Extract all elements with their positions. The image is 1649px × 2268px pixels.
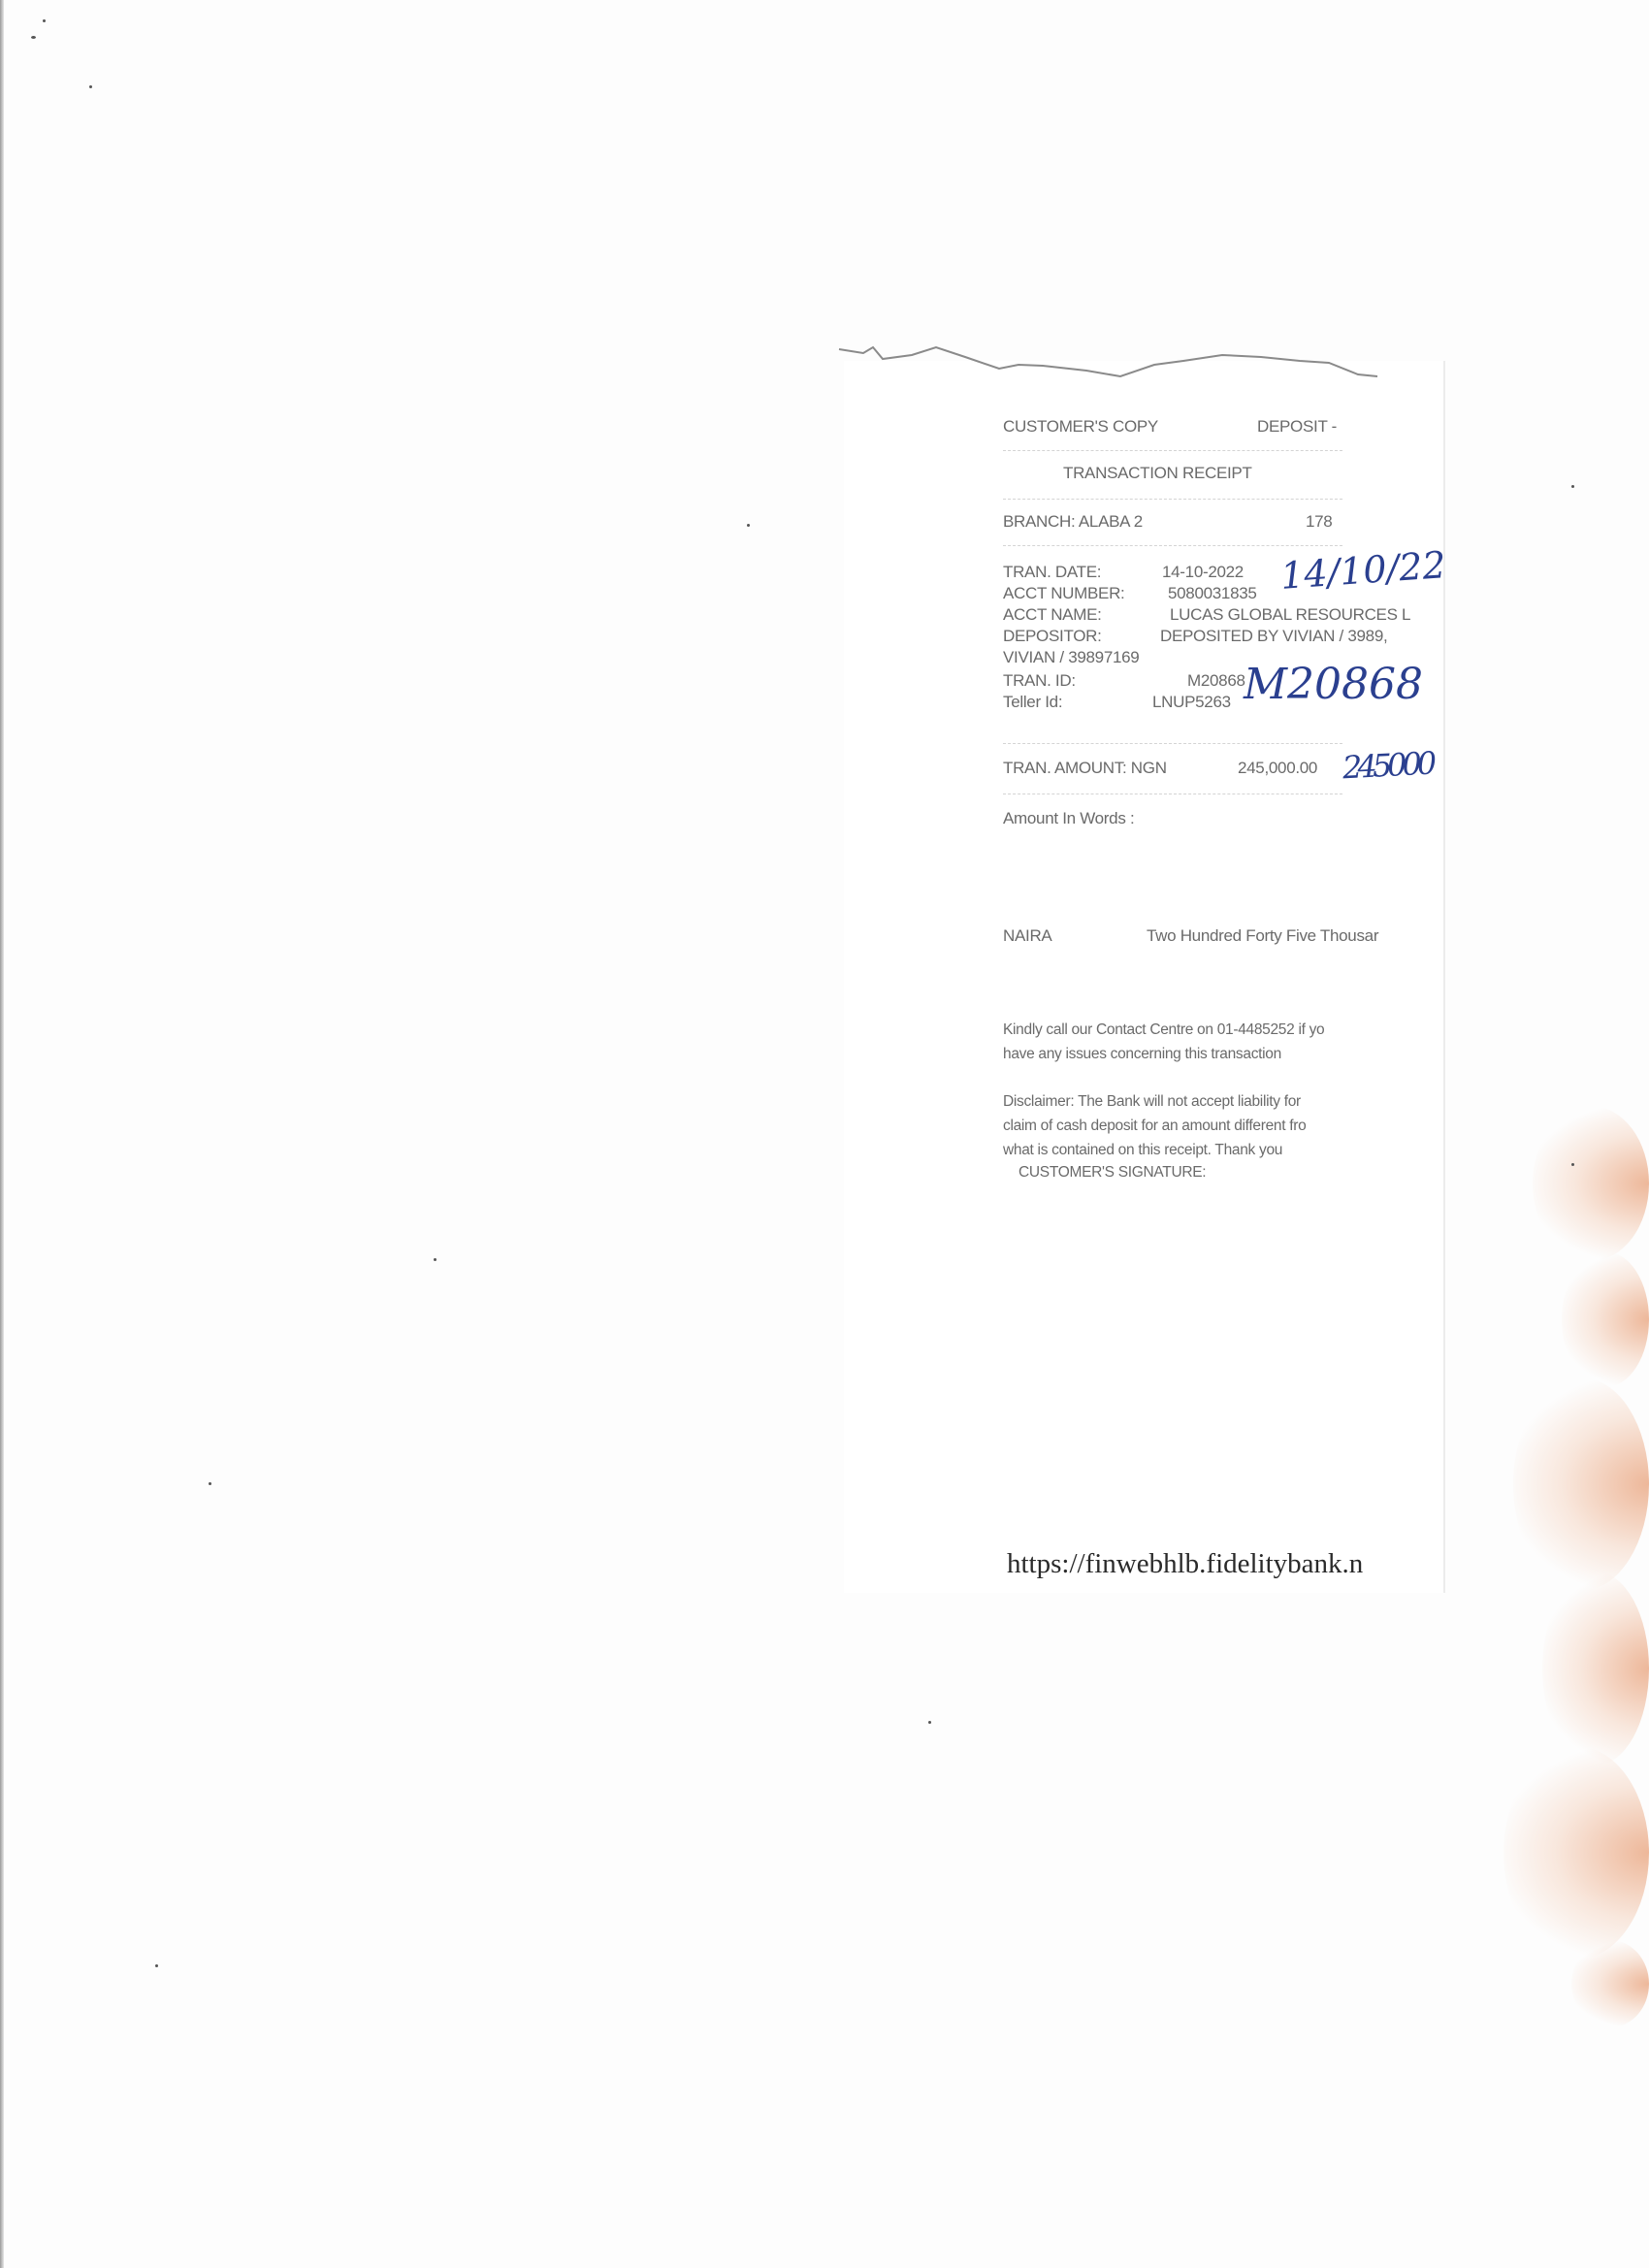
- divider: [1003, 545, 1342, 546]
- transaction-type: DEPOSIT -: [1257, 417, 1337, 437]
- tran-id-label: TRAN. ID:: [1003, 671, 1076, 691]
- paper-stain: [1513, 1377, 1649, 1591]
- scan-speck: [209, 1482, 211, 1485]
- acct-name-value: LUCAS GLOBAL RESOURCES L: [1170, 605, 1410, 625]
- scan-speck: [155, 1964, 158, 1967]
- amount-value: 245,000.00: [1238, 759, 1317, 778]
- currency-word: NAIRA: [1003, 926, 1051, 946]
- scan-left-edge-shadow: [0, 0, 4, 2268]
- copy-label: CUSTOMER'S COPY: [1003, 417, 1158, 437]
- handwritten-amount: 245000: [1342, 745, 1433, 787]
- torn-top-edge: [834, 338, 1455, 386]
- receipt-title: TRANSACTION RECEIPT: [1063, 464, 1252, 483]
- acct-number-value: 5080031835: [1168, 584, 1257, 603]
- teller-id-label: Teller Id:: [1003, 693, 1062, 712]
- signature-label: CUSTOMER'S SIGNATURE:: [1018, 1164, 1206, 1182]
- divider: [1003, 499, 1342, 500]
- tran-date-value: 14-10-2022: [1162, 563, 1244, 582]
- branch-code: 178: [1306, 512, 1332, 532]
- scan-speck: [747, 524, 750, 527]
- scan-speck: [1571, 485, 1574, 488]
- disclaimer-line-2: claim of cash deposit for an amount diff…: [1003, 1118, 1306, 1135]
- depositor-label: DEPOSITOR:: [1003, 627, 1102, 646]
- disclaimer-line-3: what is contained on this receipt. Thank…: [1003, 1142, 1282, 1159]
- paper-stain: [1542, 1571, 1649, 1766]
- contact-note-line-1: Kindly call our Contact Centre on 01-448…: [1003, 1021, 1324, 1039]
- paper-stain: [1533, 1106, 1649, 1261]
- disclaimer-line-1: Disclaimer: The Bank will not accept lia…: [1003, 1093, 1301, 1111]
- scan-speck: [434, 1258, 436, 1261]
- acct-name-label: ACCT NAME:: [1003, 605, 1102, 625]
- depositor-continued: VIVIAN / 39897169: [1003, 648, 1139, 667]
- branch-label: BRANCH: ALABA 2: [1003, 512, 1143, 532]
- amount-in-words-value: Two Hundred Forty Five Thousar: [1147, 926, 1378, 946]
- scan-speck: [89, 85, 92, 88]
- teller-id-value: LNUP5263: [1152, 693, 1231, 712]
- paper-stain: [1562, 1251, 1649, 1387]
- divider: [1003, 743, 1342, 744]
- acct-number-label: ACCT NUMBER:: [1003, 584, 1125, 603]
- scan-speck: [43, 19, 46, 22]
- amount-label: TRAN. AMOUNT: NGN: [1003, 759, 1167, 778]
- amount-in-words-label: Amount In Words :: [1003, 809, 1134, 828]
- paper-stain: [1571, 1940, 1649, 2027]
- tran-date-label: TRAN. DATE:: [1003, 563, 1101, 582]
- handwritten-tran-id: M20868: [1244, 660, 1423, 709]
- depositor-value: DEPOSITED BY VIVIAN / 3989,: [1160, 627, 1387, 646]
- scan-speck: [1571, 1163, 1574, 1166]
- scan-speck: [928, 1721, 931, 1724]
- tran-id-value: M20868: [1187, 671, 1245, 691]
- contact-note-line-2: have any issues concerning this transact…: [1003, 1046, 1281, 1063]
- paper-stain: [1503, 1746, 1649, 1960]
- divider: [1003, 794, 1342, 794]
- divider: [1003, 450, 1342, 451]
- scan-speck: [31, 36, 36, 39]
- bank-url: https://finwebhlb.fidelitybank.n: [1007, 1548, 1363, 1580]
